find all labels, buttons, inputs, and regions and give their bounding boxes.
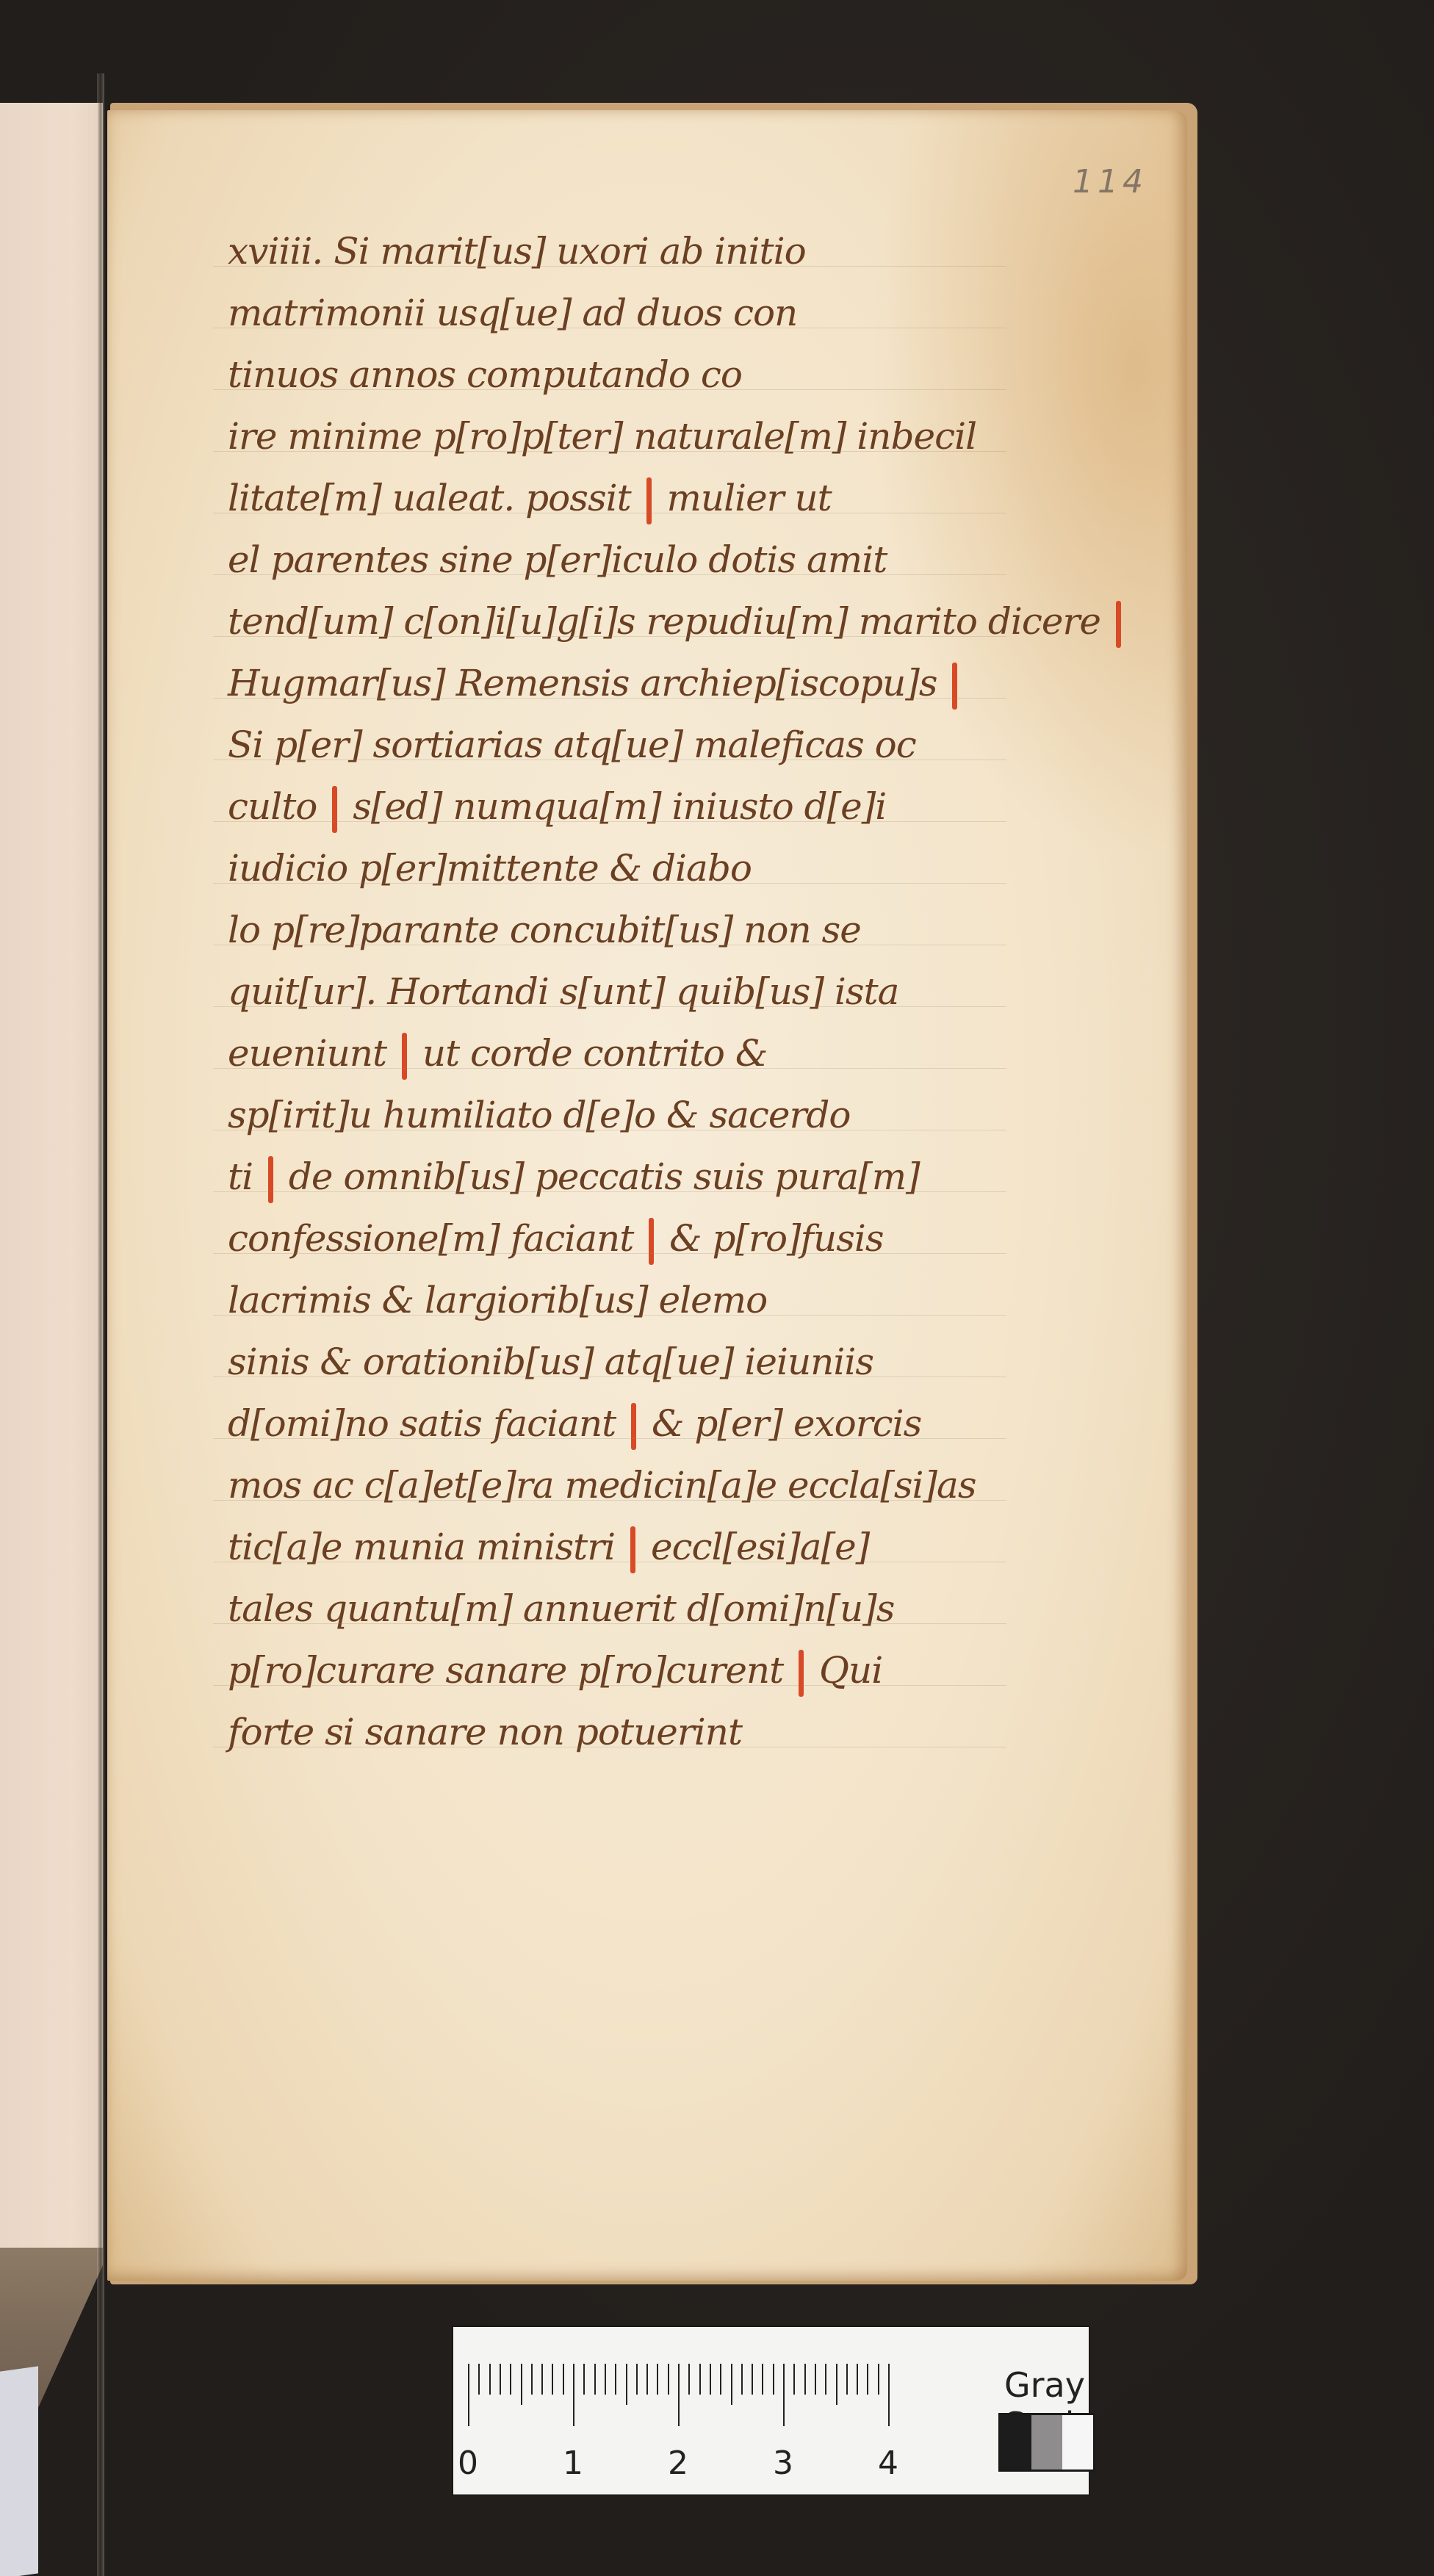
manuscript-line: tinuos annos computando co	[228, 344, 977, 405]
ruler-tick	[552, 2364, 553, 2395]
ruler: 01234	[468, 2364, 968, 2452]
ruler-label: 1	[563, 2445, 583, 2482]
ruler-tick	[688, 2364, 690, 2395]
ruler-label: 2	[668, 2445, 688, 2482]
manuscript-line: lacrimis & largiorib[us] elemo	[228, 1269, 977, 1331]
manuscript-line: p[ro]curare sanare p[ro]curent Qui	[228, 1639, 977, 1701]
ruling-line	[213, 389, 1006, 390]
ruler-tick	[678, 2364, 680, 2426]
ruler-tick	[594, 2364, 596, 2395]
ruler-tick	[531, 2364, 533, 2395]
manuscript-line: d[omi]no satis faciant & p[er] exorcis	[228, 1393, 977, 1454]
manuscript-line: el parentes sine p[er]iculo dotis amit	[228, 529, 977, 591]
manuscript-line: matrimonii usq[ue] ad duos con	[228, 282, 977, 344]
manuscript-line: confessione[m] faciant & p[ro]fusis	[228, 1208, 977, 1269]
gray-patch	[1001, 2415, 1031, 2469]
rubric-stroke	[332, 786, 337, 833]
ruler-tick	[762, 2364, 763, 2395]
glass-plate-edge	[97, 73, 104, 2576]
ruler-tick	[478, 2364, 480, 2395]
ruling-line	[213, 574, 1006, 575]
manuscript-line: tic[a]e munia ministri eccl[esi]a[e]	[228, 1516, 977, 1578]
ruling-line	[213, 1623, 1006, 1624]
ruler-tick	[752, 2364, 753, 2395]
ruling-line	[213, 698, 1006, 699]
text-block: xviiii. Si marit[us] uxori ab initiomatr…	[228, 220, 977, 1763]
ruler-tick	[783, 2364, 785, 2426]
ruling-line	[213, 636, 1006, 637]
ruler-label: 0	[458, 2445, 478, 2482]
manuscript-line: forte si sanare non potuerint	[228, 1701, 977, 1763]
ruler-tick	[615, 2364, 616, 2395]
manuscript-line: eueniunt ut corde contrito &	[228, 1022, 977, 1084]
rubric-stroke	[630, 1526, 635, 1573]
ruling-line	[213, 1253, 1006, 1254]
ruling-line	[213, 1500, 1006, 1501]
manuscript-line: tend[um] c[on]i[u]g[i]s repudiu[m] marit…	[228, 591, 977, 652]
ruling-line	[213, 1006, 1006, 1007]
ruler-label: 3	[773, 2445, 793, 2482]
ruler-tick	[646, 2364, 648, 2395]
ruler-tick	[657, 2364, 658, 2395]
ruler-tick	[720, 2364, 721, 2395]
manuscript-line: mos ac c[a]et[e]ra medicin[a]e eccla[si]…	[228, 1454, 977, 1516]
ruler-tick	[510, 2364, 511, 2395]
folio-number: 114	[1073, 163, 1147, 201]
gray-patch	[1062, 2415, 1093, 2469]
manuscript-line: tales quantu[m] annuerit d[omi]n[u]s	[228, 1578, 977, 1639]
scale-card: 01234 Gray Scale	[453, 2327, 1089, 2494]
manuscript-line: ire minime p[ro]p[ter] naturale[m] inbec…	[228, 405, 977, 467]
ruling-line	[213, 513, 1006, 513]
ruling-line	[213, 451, 1006, 452]
label-slip	[0, 2366, 38, 2576]
facing-page-bleedthrough	[3, 338, 60, 357]
gray-patch	[1031, 2415, 1062, 2469]
manuscript-line: Hugmar[us] Remensis archiep[iscopu]s	[228, 652, 977, 714]
ruling-line	[213, 760, 1006, 760]
ruling-line	[213, 328, 1006, 328]
ruler-tick	[888, 2364, 890, 2426]
rubric-stroke	[646, 477, 652, 524]
rubric-stroke	[799, 1650, 804, 1697]
ruler-tick	[521, 2364, 522, 2405]
manuscript-line: sinis & orationib[us] atq[ue] ieiuniis	[228, 1331, 977, 1393]
ruling-line	[213, 266, 1006, 267]
manuscript-line: Si p[er] sortiarias atq[ue] maleficas oc	[228, 714, 977, 776]
gray-scale-patches	[998, 2413, 1095, 2472]
manuscript-line: xviiii. Si marit[us] uxori ab initio	[228, 220, 977, 282]
ruler-tick	[626, 2364, 627, 2405]
ruler-tick	[773, 2364, 774, 2395]
ruler-tick	[825, 2364, 826, 2395]
ruler-tick	[500, 2364, 501, 2395]
ruler-tick	[636, 2364, 638, 2395]
ruler-tick	[583, 2364, 585, 2395]
ruler-tick	[563, 2364, 564, 2395]
ruler-tick	[668, 2364, 669, 2395]
ruler-tick	[867, 2364, 868, 2395]
ruling-line	[213, 1747, 1006, 1747]
manuscript-line: litate[m] ualeat. possit mulier ut	[228, 467, 977, 529]
manuscript-line: sp[irit]u humiliato d[e]o & sacerdo	[228, 1084, 977, 1146]
manuscript-line: ti de omnib[us] peccatis suis pura[m]	[228, 1146, 977, 1208]
rubric-stroke	[631, 1403, 636, 1450]
ruler-tick	[836, 2364, 837, 2405]
ruler-tick	[605, 2364, 606, 2395]
ruler-tick	[793, 2364, 795, 2395]
manuscript-line: quit[ur]. Hortandi s[unt] quib[us] ista	[228, 961, 977, 1022]
ruling-line	[213, 1685, 1006, 1686]
ruling-line	[213, 821, 1006, 822]
rubric-stroke	[268, 1156, 273, 1203]
manuscript-line: culto s[ed] numqua[m] iniusto d[e]i	[228, 776, 977, 837]
ruler-tick	[541, 2364, 543, 2395]
ruler-tick	[815, 2364, 816, 2395]
rubric-stroke	[952, 663, 957, 710]
manuscript-line: iudicio p[er]mittente & diabo	[228, 837, 977, 899]
rubric-stroke	[1116, 601, 1121, 648]
ruler-tick	[699, 2364, 701, 2395]
rubric-stroke	[402, 1033, 407, 1080]
ruler-tick	[573, 2364, 574, 2426]
ruler-tick	[468, 2364, 469, 2426]
ruling-line	[213, 1377, 1006, 1377]
ruling-line	[213, 883, 1006, 884]
ruler-tick	[878, 2364, 879, 2395]
ruling-line	[213, 1438, 1006, 1439]
ruler-tick	[741, 2364, 743, 2395]
ruling-line	[213, 945, 1006, 945]
ruler-tick	[857, 2364, 858, 2395]
ruler-label: 4	[878, 2445, 898, 2482]
manuscript-line: lo p[re]parante concubit[us] non se	[228, 899, 977, 961]
facing-page	[0, 103, 103, 2248]
ruling-line	[213, 1562, 1006, 1562]
ruler-tick	[846, 2364, 848, 2395]
ruler-tick	[489, 2364, 491, 2395]
ruling-line	[213, 1130, 1006, 1130]
rubric-stroke	[649, 1218, 654, 1265]
ruler-tick	[731, 2364, 732, 2405]
ruler-tick	[804, 2364, 806, 2395]
ruling-line	[213, 1191, 1006, 1192]
ruler-tick	[710, 2364, 711, 2395]
ruling-line	[213, 1315, 1006, 1316]
ruling-line	[213, 1068, 1006, 1069]
